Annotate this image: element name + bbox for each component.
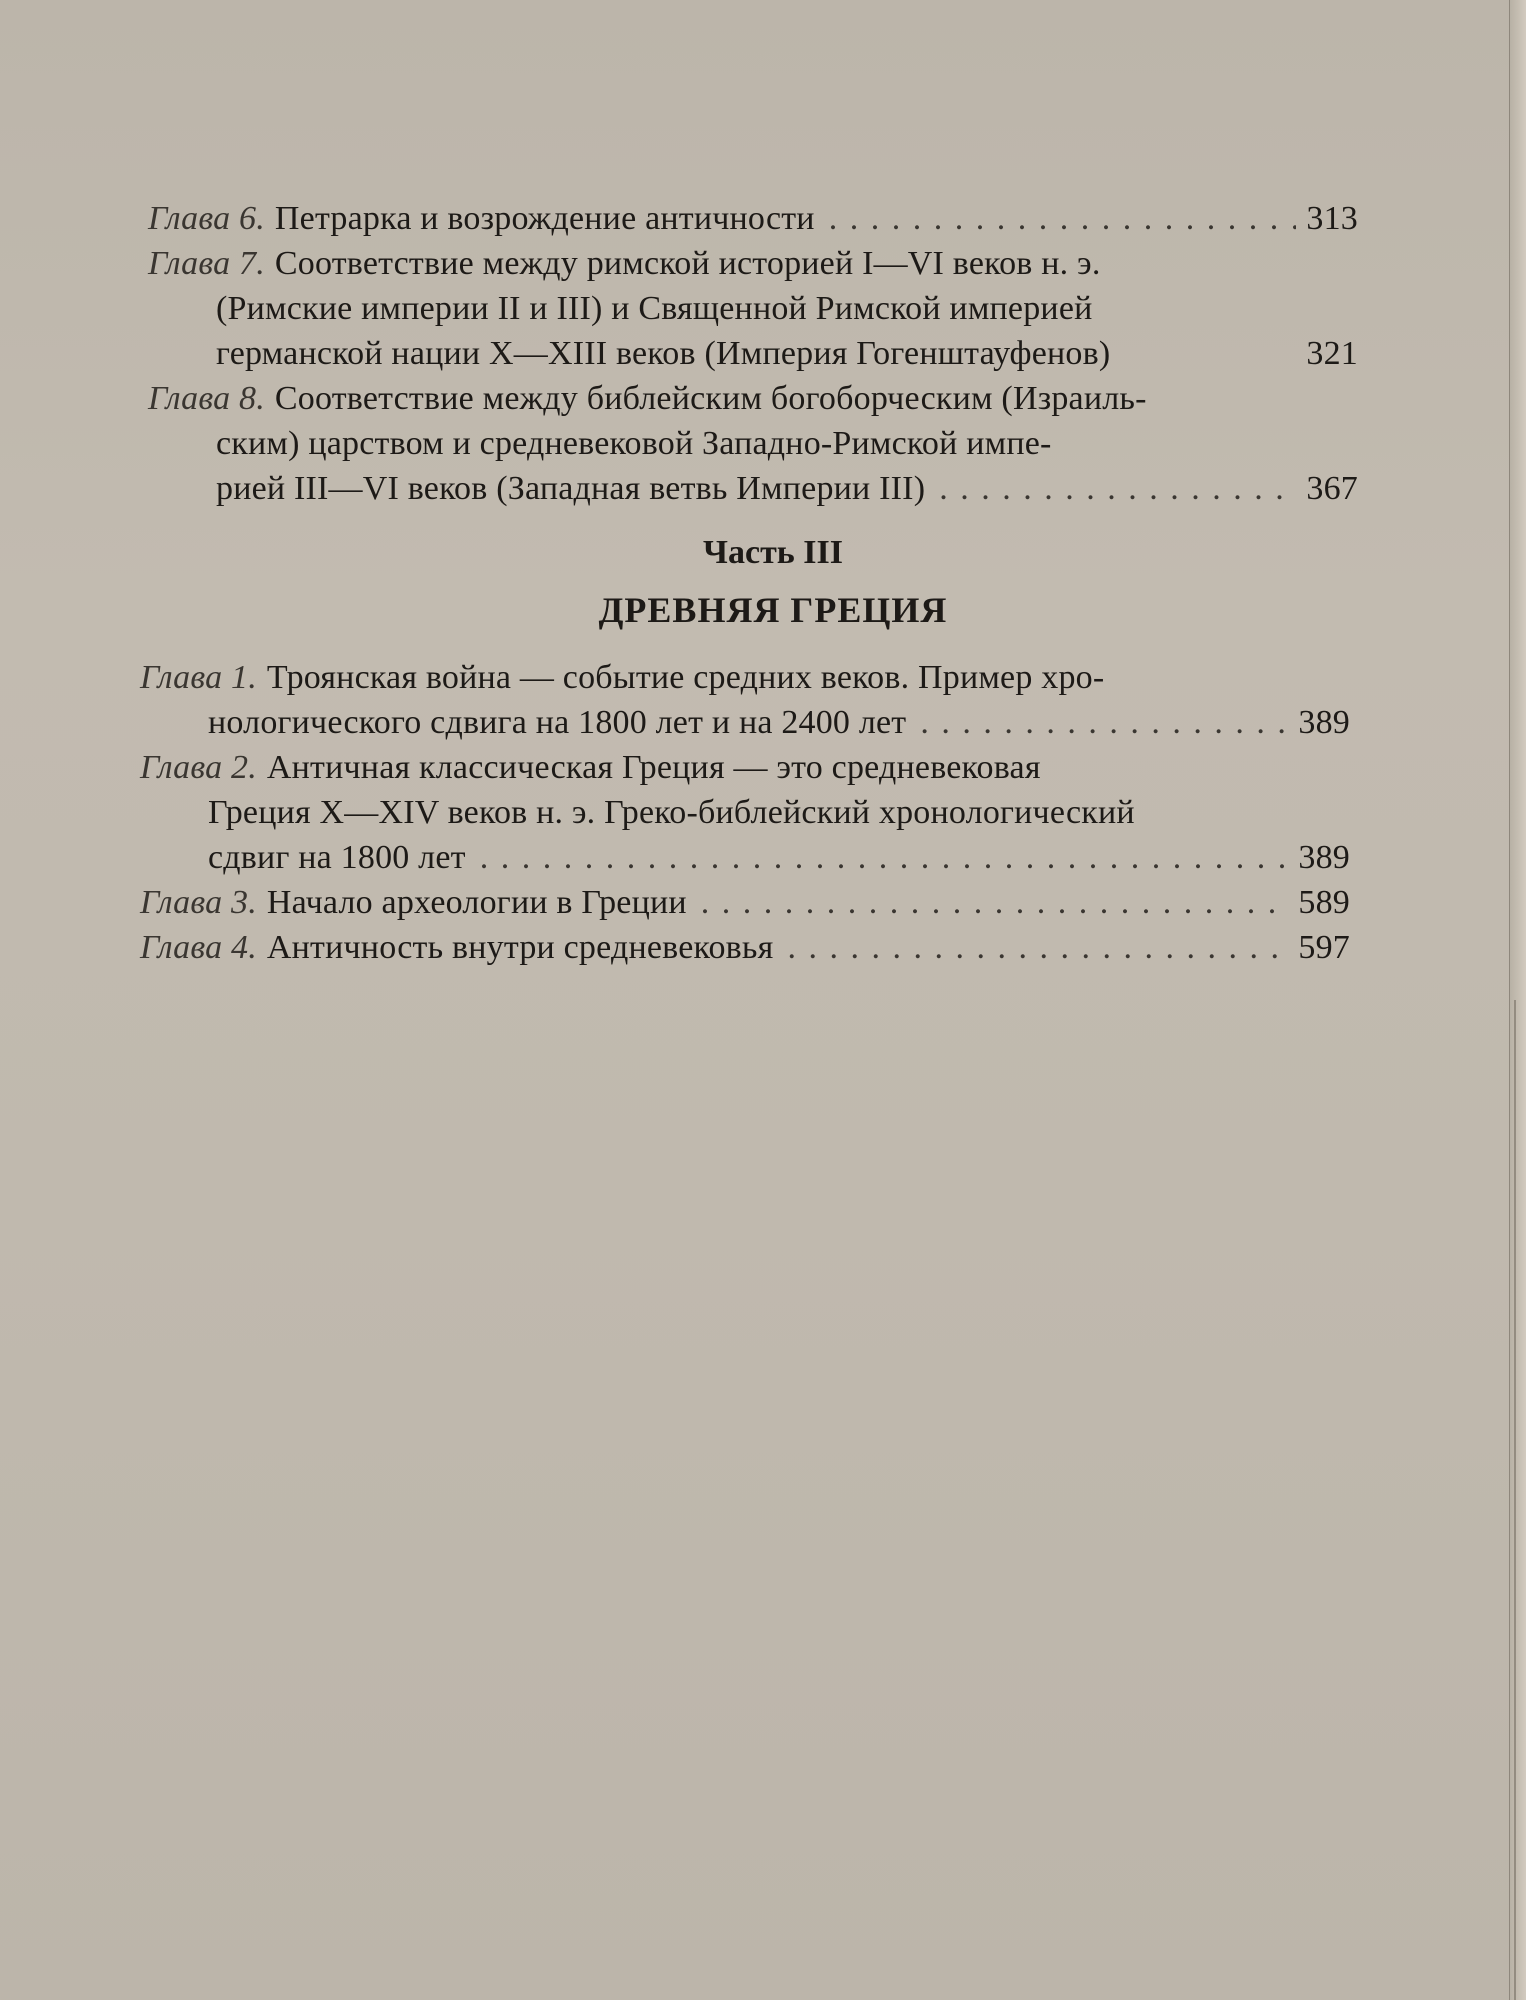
chapter-title-line: сдвиг на 1800 лет bbox=[208, 835, 466, 880]
toc-entry-chapter-4: Глава 4.Античность внутри средневековья … bbox=[140, 925, 1350, 970]
toc-entry-chapter-7: Глава 7.Соответствие между римской истор… bbox=[148, 241, 1358, 376]
chapter-title-line: Соответствие между римской историей I—VI… bbox=[275, 245, 1101, 282]
book-page: Глава 6.Петрарка и возрождение античност… bbox=[0, 0, 1510, 2000]
dot-leader bbox=[787, 925, 1288, 970]
part-entries: Глава 1.Троянская война — событие средни… bbox=[148, 655, 1358, 970]
chapter-title-line: ским) царством и средневековой Западно-Р… bbox=[148, 421, 1358, 466]
chapter-label: Глава 8. bbox=[148, 380, 265, 417]
chapter-label: Глава 4. bbox=[140, 929, 257, 966]
chapter-label: Глава 1. bbox=[140, 659, 257, 696]
chapter-title-line: (Римские империи II и III) и Священной Р… bbox=[148, 286, 1358, 331]
page-number: 597 bbox=[1298, 925, 1350, 970]
chapter-title-line: Греция X—XIV веков н. э. Греко-библейски… bbox=[140, 790, 1350, 835]
page-number: 589 bbox=[1298, 880, 1350, 925]
dot-leader bbox=[701, 880, 1289, 925]
chapter-label: Глава 7. bbox=[148, 245, 265, 282]
dot-leader bbox=[920, 700, 1288, 745]
page-number: 389 bbox=[1298, 835, 1350, 880]
chapter-label: Глава 2. bbox=[140, 749, 257, 786]
chapter-title-line: нологического сдвига на 1800 лет и на 24… bbox=[208, 700, 906, 745]
page-edge-shadow bbox=[1514, 1000, 1516, 2000]
part-title: ДРЕВНЯЯ ГРЕЦИЯ bbox=[188, 587, 1358, 633]
chapter-title: Начало археологии в Греции bbox=[267, 884, 687, 921]
chapter-title: Античность внутри средневековья bbox=[267, 929, 774, 966]
dot-leader bbox=[829, 196, 1297, 241]
table-of-contents: Глава 6.Петрарка и возрождение античност… bbox=[148, 196, 1358, 970]
toc-entry-chapter-2: Глава 2.Античная классическая Греция — э… bbox=[140, 745, 1350, 880]
chapter-title: Петрарка и возрождение античности bbox=[275, 200, 815, 237]
page-number: 321 bbox=[1306, 331, 1358, 376]
page-number: 389 bbox=[1298, 700, 1350, 745]
chapter-title-line: рией III—VI веков (Западная ветвь Импери… bbox=[216, 466, 925, 511]
page-number: 367 bbox=[1306, 466, 1358, 511]
toc-entry-chapter-1: Глава 1.Троянская война — событие средни… bbox=[140, 655, 1350, 745]
dot-leader bbox=[939, 466, 1296, 511]
chapter-label: Глава 3. bbox=[140, 884, 257, 921]
toc-entry-chapter-8: Глава 8.Соответствие между библейским бо… bbox=[148, 376, 1358, 511]
chapter-title-line: Троянская война — событие средних веков.… bbox=[267, 659, 1104, 696]
dot-leader bbox=[480, 835, 1289, 880]
page-edge bbox=[1509, 0, 1526, 2000]
chapter-title-line: Античная классическая Греция — это средн… bbox=[267, 749, 1041, 786]
toc-entry-chapter-3: Глава 3.Начало археологии в Греции 589 bbox=[140, 880, 1350, 925]
chapter-title-line: германской нации X—XIII веков (Империя Г… bbox=[216, 331, 1110, 376]
chapter-title-line: Соответствие между библейским богоборчес… bbox=[275, 380, 1147, 417]
part-heading: Часть III bbox=[188, 531, 1358, 575]
page-number: 313 bbox=[1306, 196, 1358, 241]
chapter-label: Глава 6. bbox=[148, 200, 265, 237]
toc-entry-chapter-6: Глава 6.Петрарка и возрождение античност… bbox=[148, 196, 1358, 241]
